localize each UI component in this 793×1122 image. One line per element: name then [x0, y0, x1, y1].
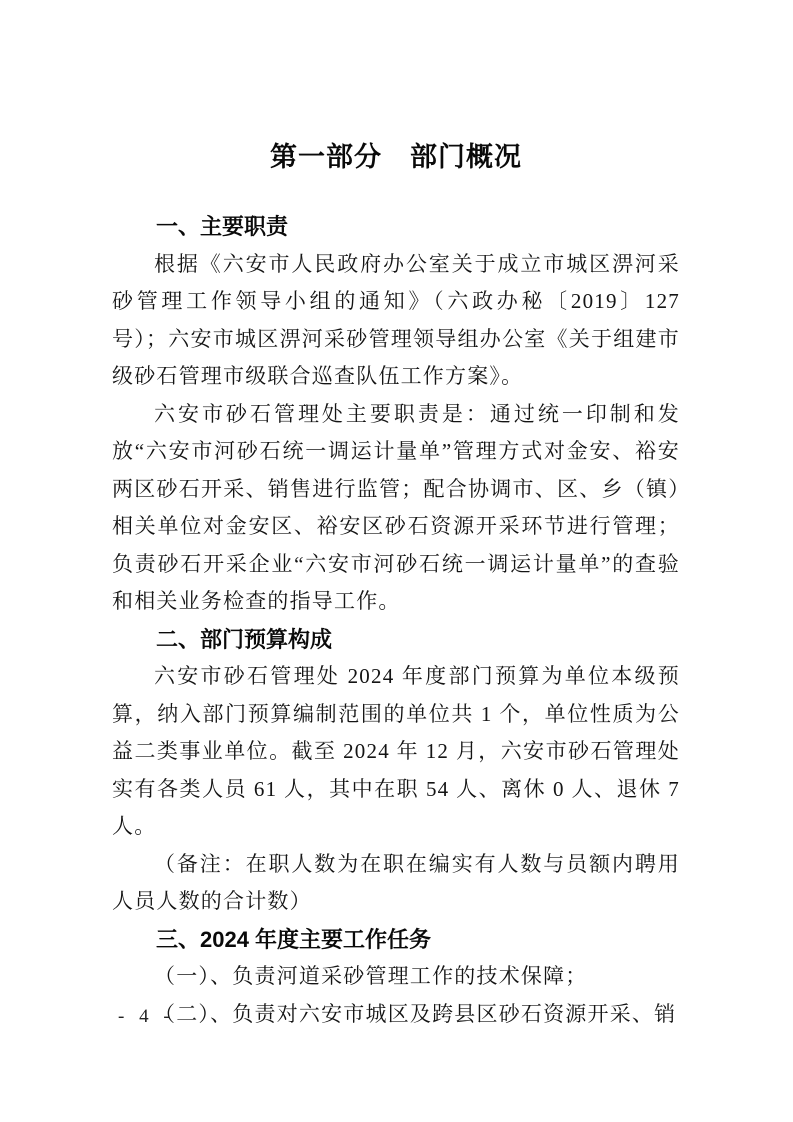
page-number: - 4 - — [118, 1006, 175, 1028]
page-title: 第一部分 部门概况 — [112, 138, 680, 176]
document-content: 第一部分 部门概况 一、主要职责 根据《六安市人民政府办公室关于成立市城区淠河采… — [112, 138, 680, 1033]
section-heading-main-duties: 一、主要职责 — [112, 208, 680, 246]
section-2024-main-tasks: 三、2024 年度主要工作任务 （一）、负责河道采砂管理工作的技术保障； （二）… — [112, 921, 680, 1034]
paragraph-task-2: （二）、负责对六安市城区及跨县区砂石资源开采、销 — [112, 996, 680, 1034]
section-main-duties: 一、主要职责 根据《六安市人民政府办公室关于成立市城区淠河采砂管理工作领导小组的… — [112, 208, 680, 621]
paragraph-budget-units-staff: 六安市砂石管理处 2024 年度部门预算为单位本级预算，纳入部门预算编制范围的单… — [112, 658, 680, 846]
paragraph-basis-documents: 根据《六安市人民政府办公室关于成立市城区淠河采砂管理工作领导小组的通知》（六政办… — [112, 246, 680, 396]
section-heading-2024-main-tasks: 三、2024 年度主要工作任务 — [112, 921, 680, 959]
document-page: 第一部分 部门概况 一、主要职责 根据《六安市人民政府办公室关于成立市城区淠河采… — [0, 0, 793, 1122]
paragraph-duties-description: 六安市砂石管理处主要职责是：通过统一印制和发放“六安市河砂石统一调运计量单”管理… — [112, 396, 680, 621]
section-budget-composition: 二、部门预算构成 六安市砂石管理处 2024 年度部门预算为单位本级预算，纳入部… — [112, 621, 680, 921]
paragraph-staff-note: （备注：在职人数为在职在编实有人数与员额内聘用人员人数的合计数） — [112, 846, 680, 921]
section-heading-budget-composition: 二、部门预算构成 — [112, 621, 680, 659]
paragraph-task-1: （一）、负责河道采砂管理工作的技术保障； — [112, 958, 680, 996]
